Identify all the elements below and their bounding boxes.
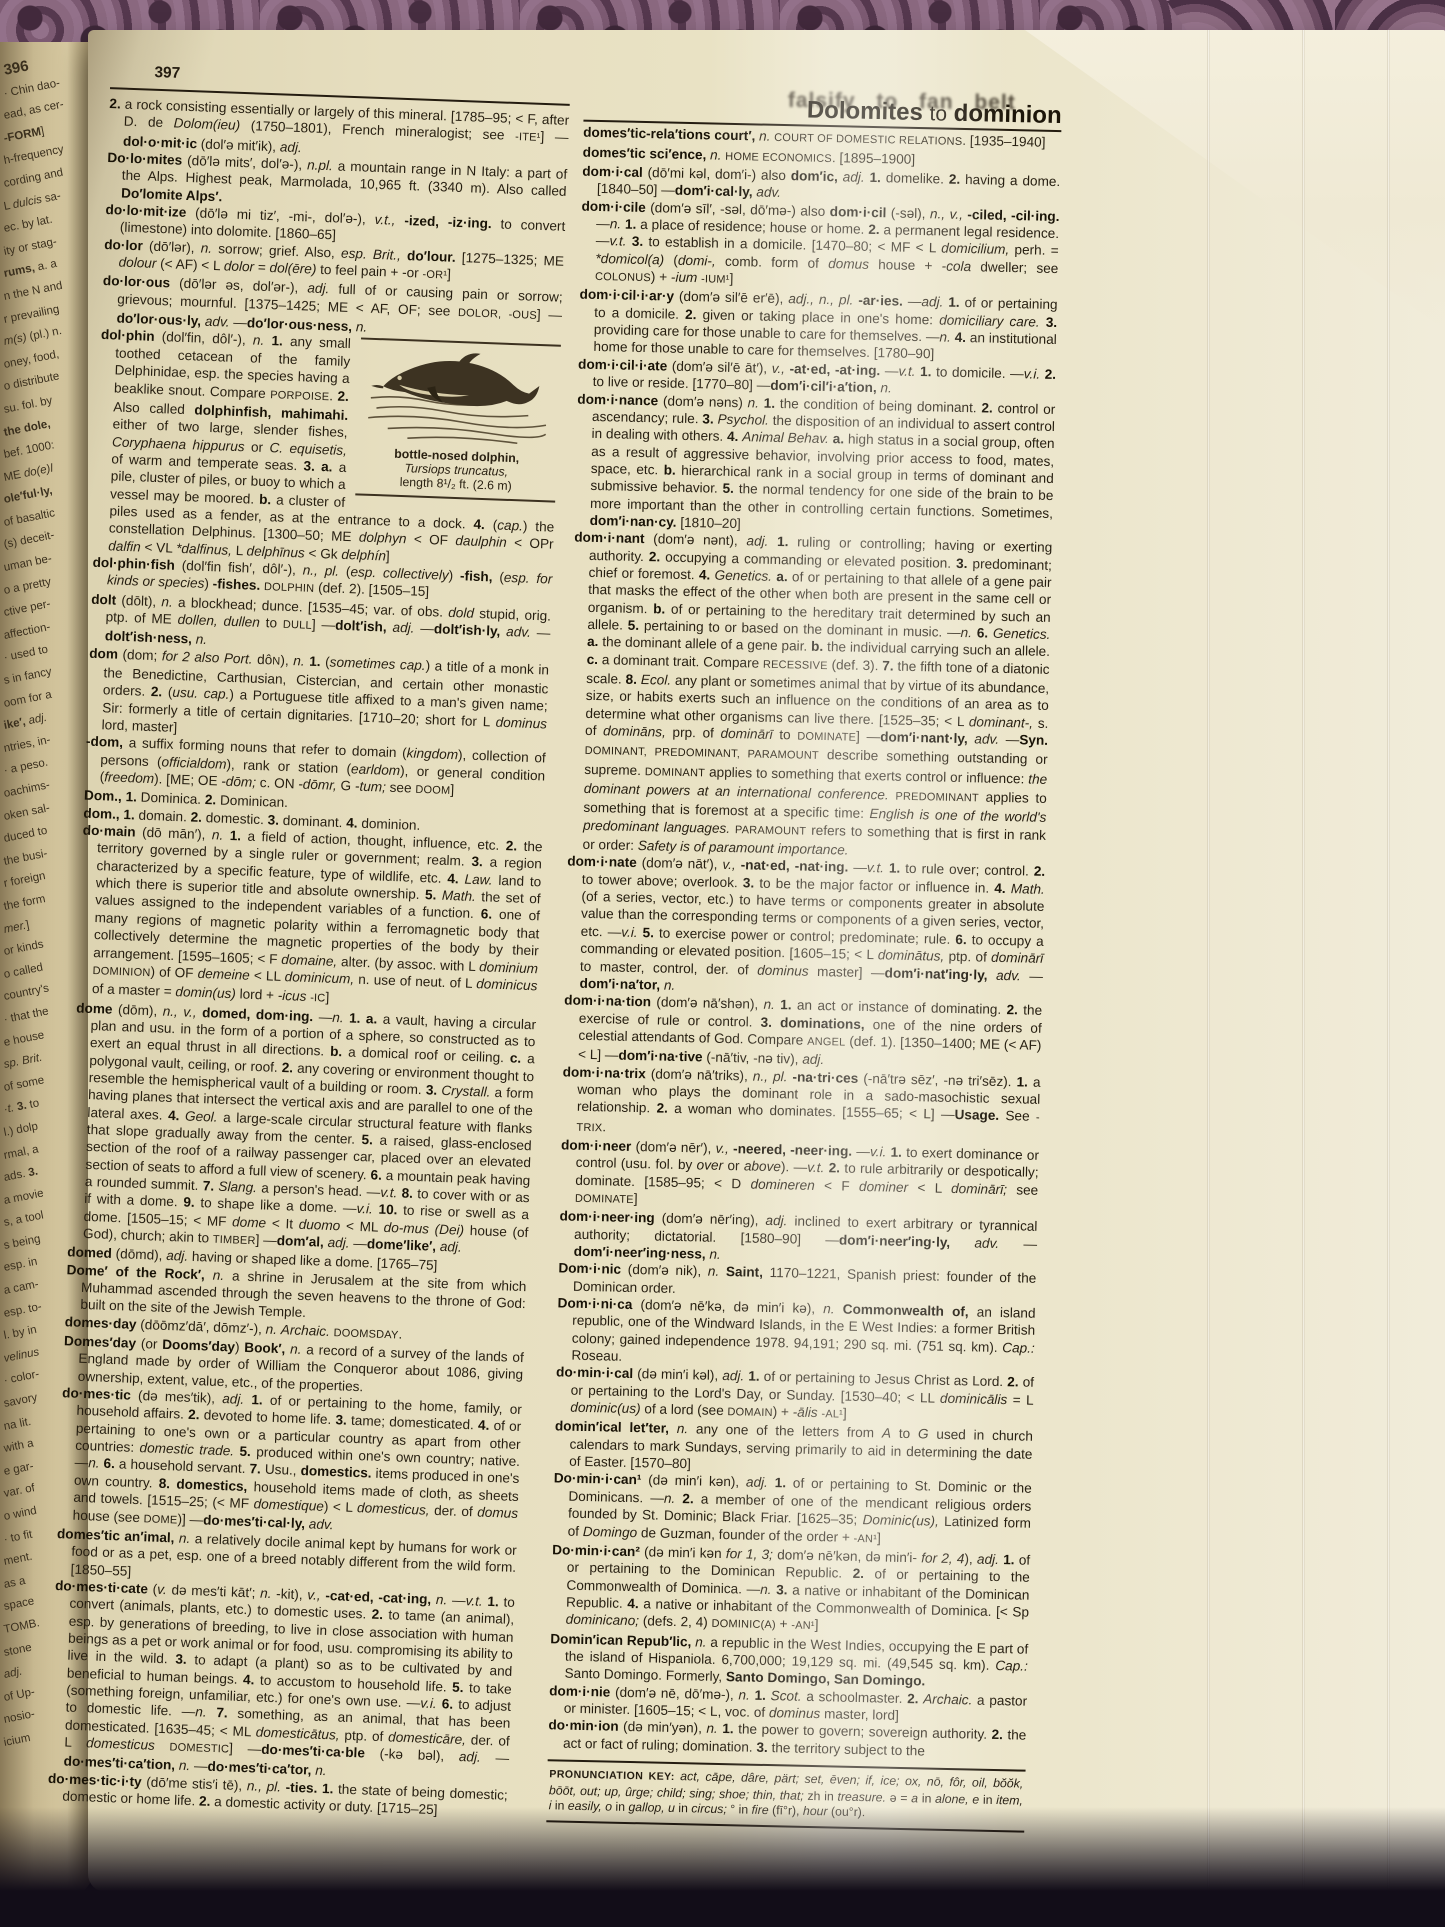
guide-word-separator: to	[929, 102, 947, 125]
dolphin-body	[383, 359, 541, 409]
guide-word-from: Dolomites	[807, 97, 924, 127]
dictionary-entry: dom·i·nance (dom′ə nəns) n. 1. the condi…	[575, 390, 1056, 539]
photo-shadow	[0, 1807, 1445, 1927]
guide-word-to: dominion	[953, 100, 1062, 129]
dictionary-entry: dom·i·na·trix (dom′ə nā′triks), n., pl. …	[561, 1063, 1040, 1147]
dictionary-entry: Dom·i·ni·ca (dom′ə nē′kə, də min′i kə), …	[556, 1294, 1035, 1374]
dictionary-entry: dom·i·na·tion (dom′ə nā′shən), n. 1. an …	[563, 992, 1042, 1074]
dictionary-entry: dome (dōm), n., v., domed, dom·ing. —n. …	[68, 999, 537, 1261]
dictionary-entry: do·mes·tic (də mes′tik), adj. 1. of or p…	[57, 1384, 522, 1542]
page-number: 397	[154, 64, 180, 83]
dictionary-entry: dom·i·nate (dom′ə nāt′), v., -nat·ed, -n…	[564, 853, 1045, 1002]
dictionary-entry: dom·i·cile (dom′ə sīl′, -səl, dō′mə-) al…	[580, 197, 1060, 296]
dictionary-entry: dom·i·neer (dom′ə nēr′), v., -neered, -n…	[560, 1136, 1039, 1218]
dictionary-entry: Do·min·i·can¹ (də min′i kən), adj. 1. of…	[552, 1470, 1031, 1552]
right-column: Dolomites to dominion domes′tic-rela′tio…	[546, 97, 1062, 1833]
dictionary-entry: dom·i·nant (dom′ə nənt), adj. 1. ruling …	[567, 529, 1052, 864]
dolphin-figure: bottle-nosed dolphin, Tursiops truncatus…	[355, 338, 561, 503]
dictionary-entry: dom (dom; for 2 also Port. dôN), n. 1. (…	[86, 644, 549, 750]
dolphin-illustration	[367, 346, 550, 449]
dictionary-entry: dom·i·cil·i·ar·y (dom′ə sil′ē er′ē), adj…	[578, 286, 1057, 366]
dictionary-page: falsify to fan belt 397 2. a rock consis…	[88, 30, 1445, 1892]
photo-of-dictionary-page: { "backdrop": {"fabric_color": "#7c5a72"…	[0, 0, 1445, 1927]
dictionary-entry: do·mes·ti·cate (v. də mes′ti kāt′; n. -k…	[48, 1577, 515, 1787]
left-column-lower: bottle-nosed dolphin, Tursiops truncatus…	[47, 326, 561, 1821]
left-column: 2. a rock consisting essentially or larg…	[47, 87, 570, 1821]
dictionary-entry: do·main (dō mān′), n. 1. a field of acti…	[77, 822, 543, 1016]
dictionary-entry: Do·min·i·can² (də min′i kən for 1, 3; do…	[551, 1541, 1031, 1640]
